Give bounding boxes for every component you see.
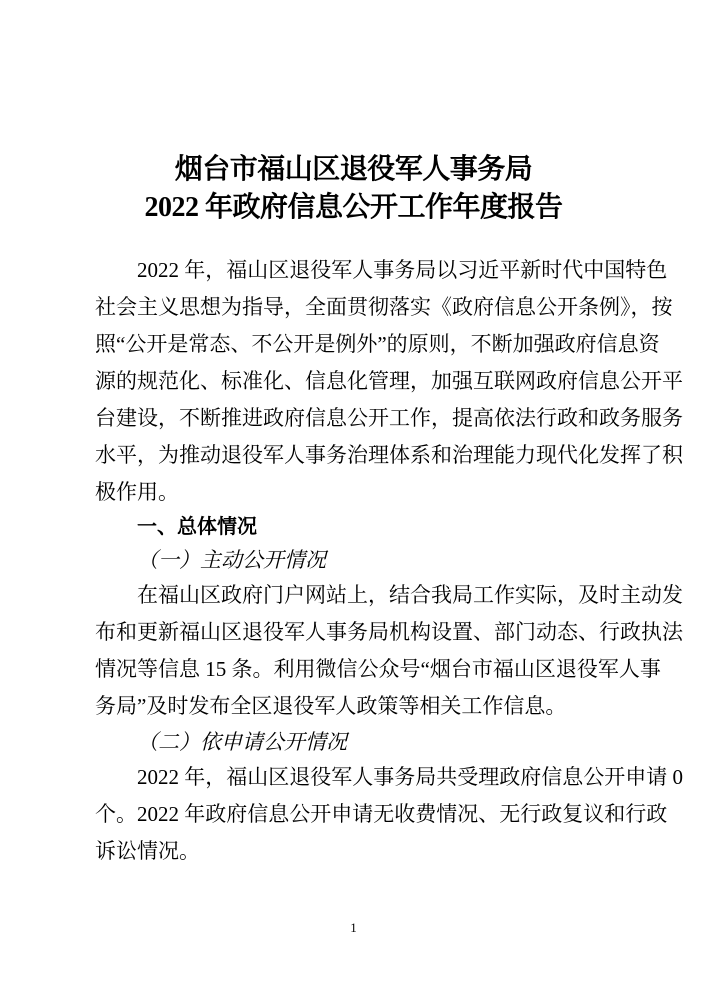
document-title-line-2: 2022 年政府信息公开工作年度报告 bbox=[0, 189, 707, 227]
paragraph: 在福山区政府门户网站上，结合我局工作实际，及时主动发布和更新福山区退役军人事务局… bbox=[95, 577, 618, 725]
paragraph: 2022 年，福山区退役军人事务局共受理政府信息公开申请 0个。2022 年政府… bbox=[95, 759, 618, 870]
subsection-heading: （一）主动公开情况 bbox=[95, 543, 618, 577]
document-page: 烟台市福山区退役军人事务局 2022 年政府信息公开工作年度报告 2022 年，… bbox=[0, 0, 707, 999]
body-line: 2022 年，福山区退役军人事务局以习近平新时代中国特色 bbox=[95, 252, 618, 289]
body-line: 水平，为推动退役军人事务治理体系和治理能力现代化发挥了积 bbox=[95, 437, 618, 474]
body-line: 2022 年，福山区退役军人事务局共受理政府信息公开申请 0 bbox=[95, 759, 618, 796]
body-line: 诉讼情况。 bbox=[95, 833, 618, 870]
body-line: 个。2022 年政府信息公开申请无收费情况、无行政复议和行政 bbox=[95, 796, 618, 833]
body-line: 源的规范化、标准化、信息化管理，加强互联网政府信息公开平 bbox=[95, 363, 618, 400]
document-body: 2022 年，福山区退役军人事务局以习近平新时代中国特色社会主义思想为指导，全面… bbox=[95, 252, 618, 870]
body-line: 社会主义思想为指导，全面贯彻落实《政府信息公开条例》，按 bbox=[95, 289, 618, 326]
body-line: 极作用。 bbox=[95, 474, 618, 511]
document-title-line-1: 烟台市福山区退役军人事务局 bbox=[0, 151, 707, 189]
body-line: 在福山区政府门户网站上，结合我局工作实际，及时主动发 bbox=[95, 577, 618, 614]
body-line: 布和更新福山区退役军人事务局机构设置、部门动态、行政执法 bbox=[95, 614, 618, 651]
page-number: 1 bbox=[0, 920, 707, 936]
section-heading: 一、总体情况 bbox=[95, 511, 618, 543]
paragraph: 2022 年，福山区退役军人事务局以习近平新时代中国特色社会主义思想为指导，全面… bbox=[95, 252, 618, 511]
body-line: 情况等信息 15 条。利用微信公众号“烟台市福山区退役军人事 bbox=[95, 651, 618, 688]
body-line: 务局”及时发布全区退役军人政策等相关工作信息。 bbox=[95, 688, 618, 725]
body-line: 照“公开是常态、不公开是例外”的原则，不断加强政府信息资 bbox=[95, 326, 618, 363]
document-title: 烟台市福山区退役军人事务局 2022 年政府信息公开工作年度报告 bbox=[0, 151, 707, 227]
body-line: 台建设，不断推进政府信息公开工作，提高依法行政和政务服务 bbox=[95, 400, 618, 437]
subsection-heading: （二）依申请公开情况 bbox=[95, 725, 618, 759]
